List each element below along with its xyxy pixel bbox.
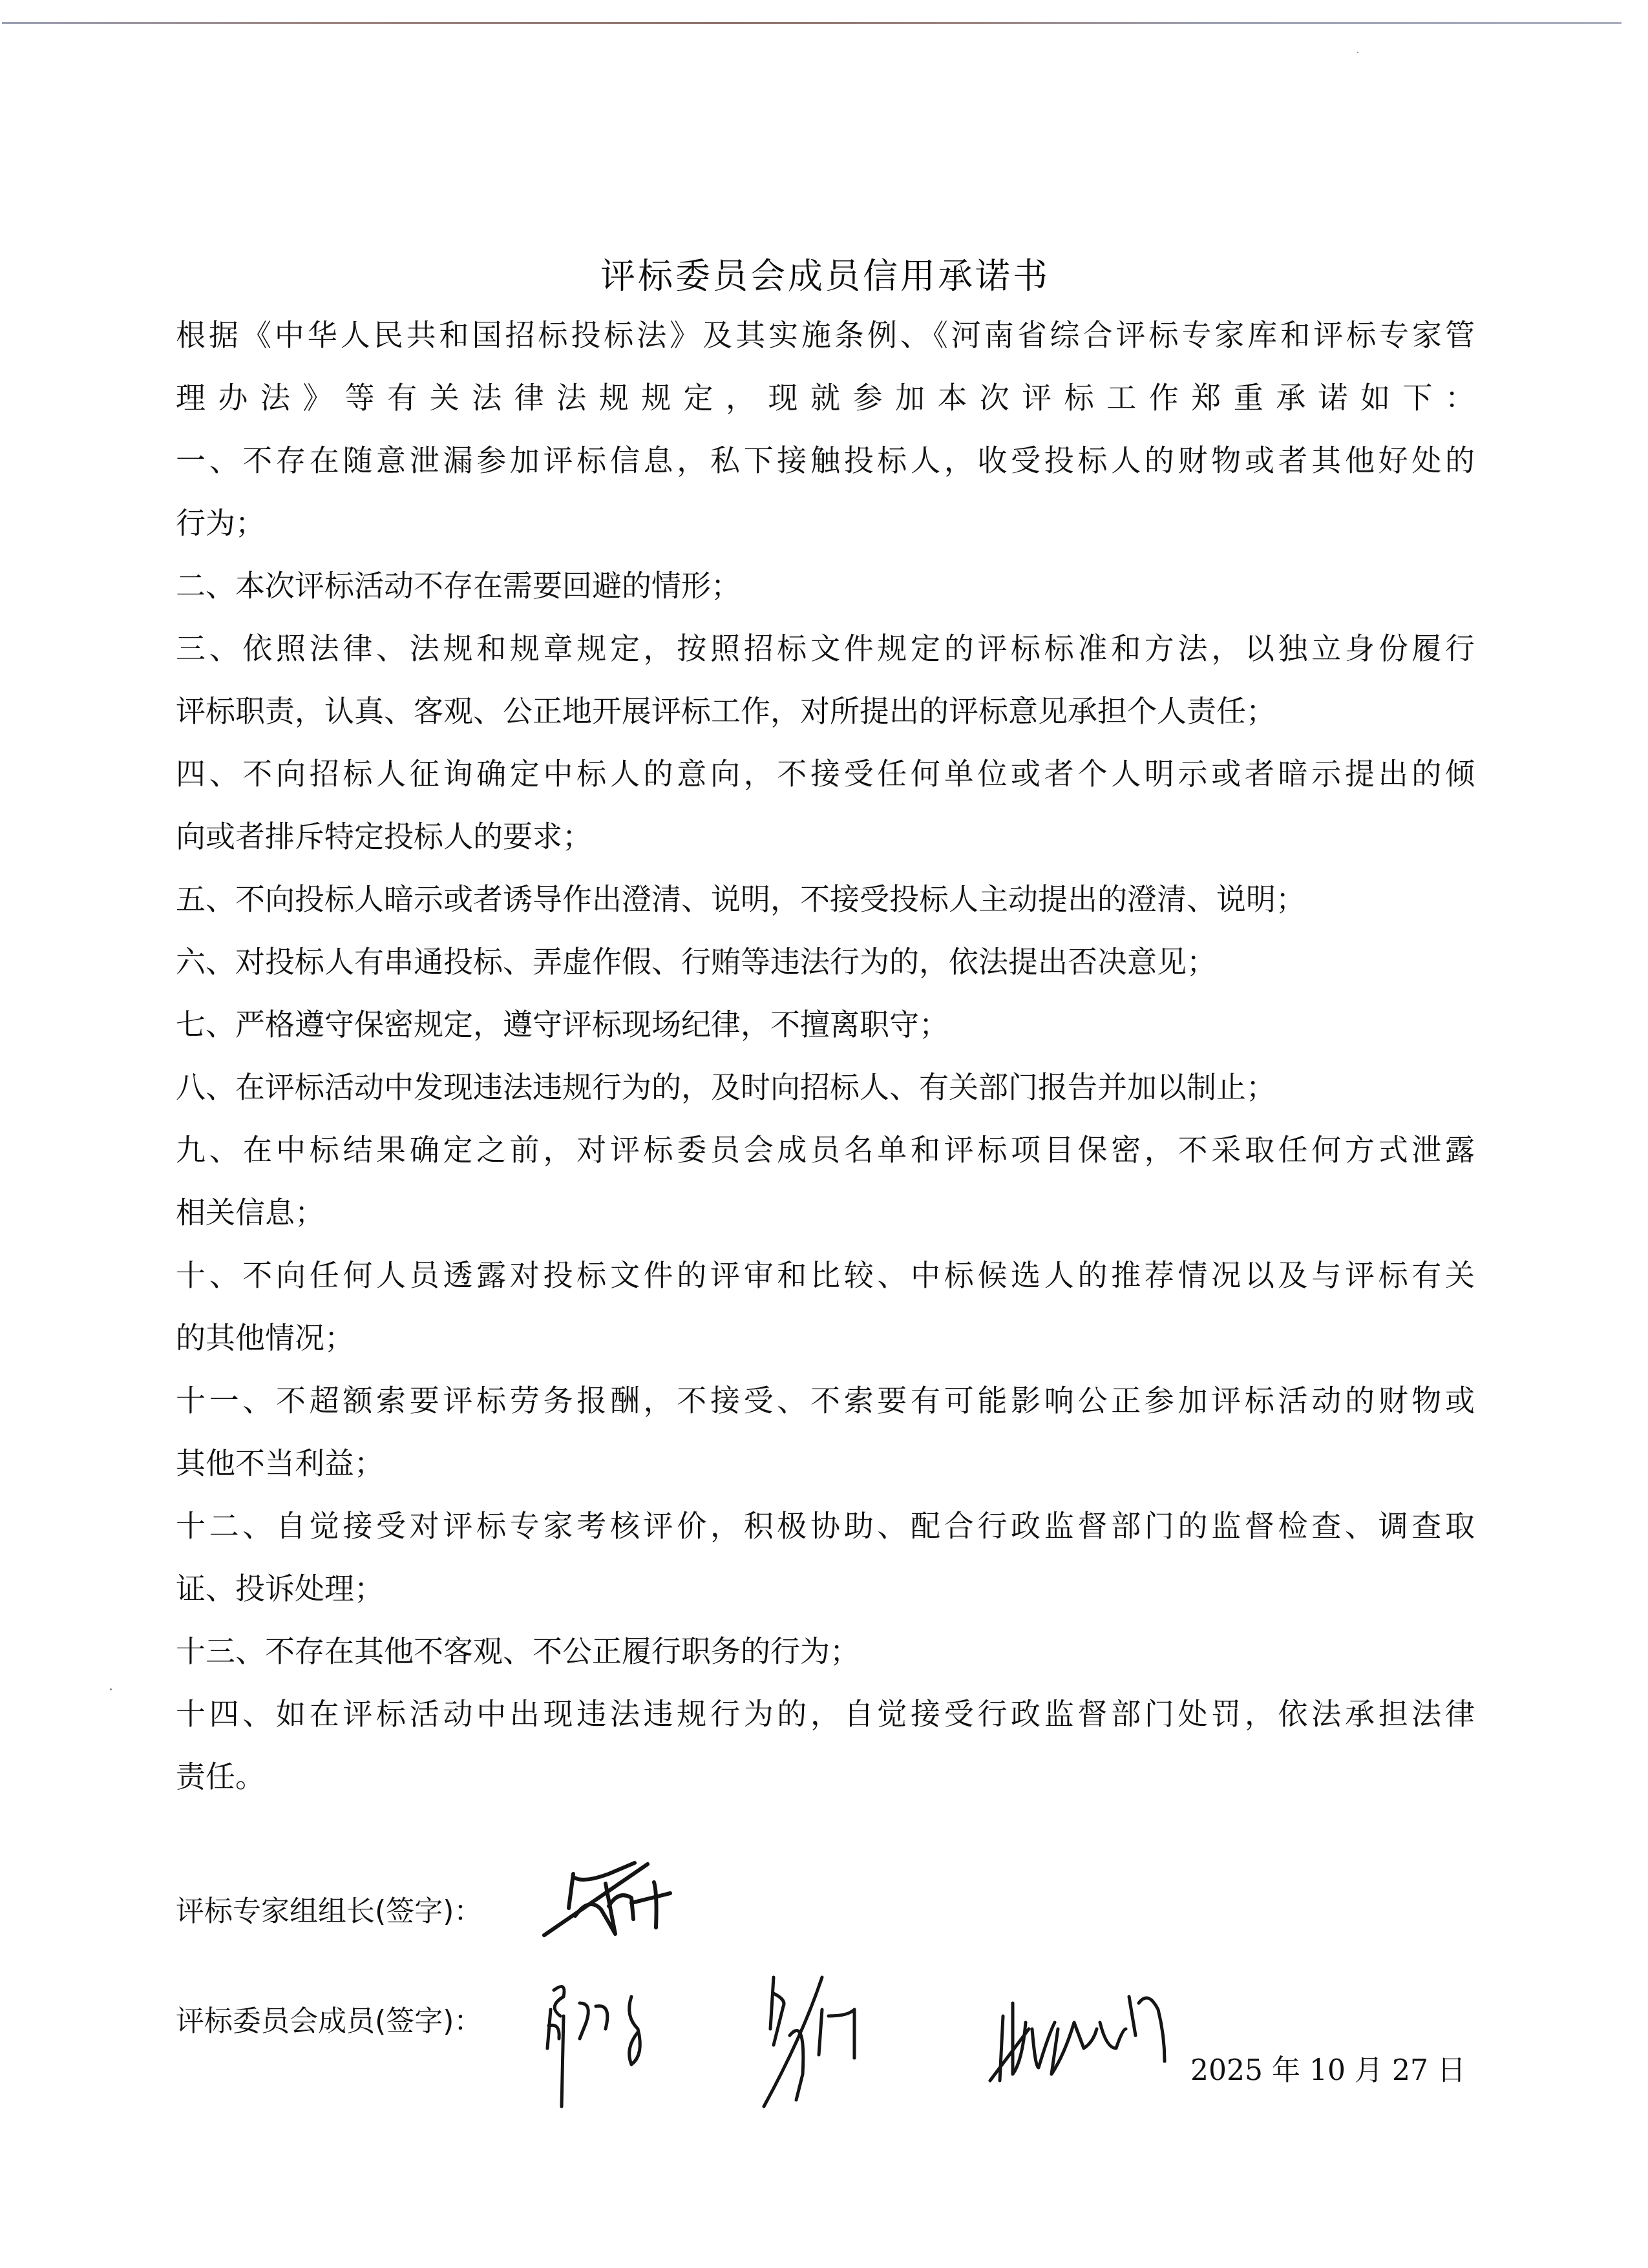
text-line: 四、不向招标人征询确定中标人的意向，不接受任何单位或者个人明示或者暗示提出的倾 — [176, 742, 1475, 805]
text-line: 七、严格遵守保密规定，遵守评标现场纪律，不擅离职守； — [176, 993, 1475, 1056]
text-line: 行为； — [176, 492, 1475, 554]
text-line: 五、不向投标人暗示或者诱导作出澄清、说明，不接受投标人主动提出的澄清、说明； — [176, 868, 1475, 930]
text-line: 十一、不超额索要评标劳务报酬，不接受、不索要有可能影响公正参加评标活动的财物或 — [176, 1369, 1475, 1432]
handwritten-signature-icon — [534, 1977, 664, 2106]
document-title: 评标委员会成员信用承诺书 — [176, 251, 1475, 302]
text-line: 二、本次评标活动不存在需要回避的情形； — [176, 554, 1475, 617]
handwritten-signature-icon — [538, 1858, 732, 1948]
text-line: 九、在中标结果确定之前，对评标委员会成员名单和评标项目保密，不采取任何方式泄露 — [176, 1118, 1475, 1181]
text-line: 相关信息； — [176, 1181, 1475, 1244]
scan-artifact — [1357, 52, 1358, 53]
text-line: 的其他情况； — [176, 1307, 1475, 1369]
scan-artifact — [110, 1688, 112, 1690]
leader-signature-row: 评标专家组组长(签字)： — [176, 1888, 482, 1929]
text-line: 十四、如在评标活动中出现违法违规行为的，自觉接受行政监督部门处罚，依法承担法律 — [176, 1683, 1475, 1745]
commitment-body: 根据《中华人民共和国招标投标法》及其实施条例、《河南省综合评标专家库和评标专家管… — [176, 304, 1475, 1808]
member-signature-1 — [534, 1977, 664, 2106]
text-line: 责任。 — [176, 1745, 1475, 1808]
handwritten-signature-icon — [757, 1977, 925, 2106]
members-signature-label: 评标委员会成员(签字)： — [176, 2005, 482, 2038]
text-line: 三、依照法律、法规和规章规定，按照招标文件规定的评标标准和方法，以独立身份履行 — [176, 617, 1475, 680]
leader-signature-label: 评标专家组组长(签字)： — [176, 1895, 482, 1928]
member-signature-3 — [977, 1984, 1184, 2100]
text-line: 证、投诉处理； — [176, 1557, 1475, 1620]
scan-top-edge — [2, 22, 1622, 24]
leader-signature — [538, 1858, 732, 1948]
text-line: 十二、自觉接受对评标专家考核评价，积极协助、配合行政监督部门的监督检查、调查取 — [176, 1495, 1475, 1557]
text-line: 其他不当利益； — [176, 1432, 1475, 1495]
text-line: 八、在评标活动中发现违法违规行为的，及时向招标人、有关部门报告并加以制止； — [176, 1056, 1475, 1118]
signing-date: 2025 年 10 月 27 日 — [1190, 2047, 1466, 2088]
member-signature-2 — [757, 1977, 925, 2106]
text-line: 十、不向任何人员透露对投标文件的评审和比较、中标候选人的推荐情况以及与评标有关 — [176, 1244, 1475, 1307]
text-line: 理办法》等有关法律法规规定，现就参加本次评标工作郑重承诺如下： — [176, 366, 1475, 429]
text-line: 评标职责，认真、客观、公正地开展评标工作，对所提出的评标意见承担个人责任； — [176, 680, 1475, 742]
text-line: 向或者排斥特定投标人的要求； — [176, 805, 1475, 868]
text-line: 六、对投标人有串通投标、弄虚作假、行贿等违法行为的，依法提出否决意见； — [176, 930, 1475, 993]
text-line: 一、不存在随意泄漏参加评标信息，私下接触投标人，收受投标人的财物或者其他好处的 — [176, 429, 1475, 492]
text-line: 十三、不存在其他不客观、不公正履行职务的行为； — [176, 1620, 1475, 1683]
handwritten-signature-icon — [977, 1984, 1184, 2100]
members-signature-row: 评标委员会成员(签字)： — [176, 1998, 482, 2039]
text-line: 根据《中华人民共和国招标投标法》及其实施条例、《河南省综合评标专家库和评标专家管 — [176, 304, 1475, 366]
